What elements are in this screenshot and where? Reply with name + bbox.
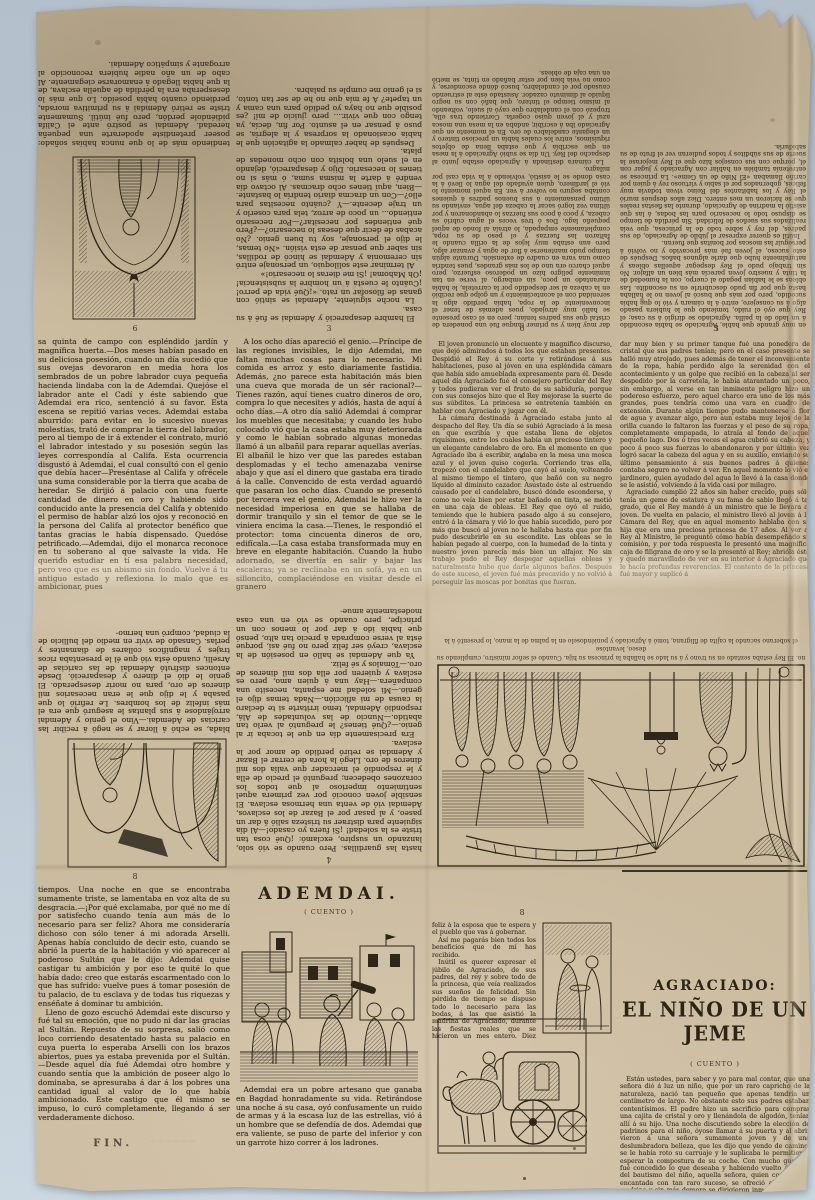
page-agraciado-7: dar muy bien y su primer tanque fué una … bbox=[432, 24, 610, 328]
text-ademdai-6: sa quinta de campo con espléndido jardín… bbox=[38, 338, 228, 592]
page-number: 6 bbox=[105, 324, 165, 333]
showthrough-title: ADEMDAI. bbox=[258, 280, 428, 298]
woodcut-genie-chamber bbox=[66, 737, 228, 869]
page-ademdai-5: blada, se echó á llorar y se negó á reci… bbox=[38, 590, 230, 870]
story-title-ademdai: ADEMDAI. bbox=[236, 884, 422, 904]
text-ademdai-3: A los ocho días apareció el genio.—Prínc… bbox=[236, 338, 422, 592]
page-ademdai-2: El hambre desapareció y Ademdai se fué á… bbox=[236, 32, 422, 322]
scanned-chapbook-sheet: { "sheet": { "page_numbers": { "b1": "6"… bbox=[0, 0, 815, 1200]
story-subtitle-agraciado: ( CUENTO ) bbox=[620, 1060, 810, 1068]
text-ademdai-7: tendiendo más de lo que nunca habías soñ… bbox=[38, 51, 230, 147]
page-agraciado-3: dar muy bien y su primer tanque fué una … bbox=[620, 341, 810, 613]
text-ademdai-8: tiempos. Una noche en que se encontraba … bbox=[38, 886, 230, 1123]
page-number: 3 bbox=[686, 323, 746, 333]
scanner-bed: tendiendo más de lo que nunca habías soñ… bbox=[0, 0, 815, 1200]
page-agraciado-1: AGRACIADO: EL NIÑO DE UN JEME ( CUENTO )… bbox=[620, 978, 810, 1198]
woodcut-palace-interior bbox=[69, 153, 199, 323]
printed-sheet: tendiendo más de lo que nunca habías soñ… bbox=[0, 0, 815, 1200]
page-number: 6 bbox=[492, 324, 552, 333]
page-number: 8 bbox=[105, 872, 165, 881]
page-number: 4 bbox=[236, 852, 422, 864]
page-ademdai-4: 4 hasta las guardillas. Pero cuando se v… bbox=[236, 602, 422, 864]
text-ademdai-4: hasta las guardillas. Pero cuando se vió… bbox=[236, 604, 422, 852]
page-agraciado-plate: no. El Rey estaba sentado en su trono y … bbox=[436, 636, 806, 868]
woodcut-royal-carriage bbox=[437, 1018, 587, 1154]
text-agraciado-3: dar muy bien y su primer tanque fué una … bbox=[620, 341, 810, 579]
page-number: 3 bbox=[299, 324, 359, 333]
story-subtitle-ademdai: ( CUENTO ) bbox=[236, 908, 422, 916]
page-ademdai-8: tiempos. Una noche en que se encontraba … bbox=[38, 886, 230, 1134]
fin-ornament: FIN. bbox=[78, 1138, 148, 1149]
page-ademdai-3: A los ocho días apareció el genio.—Prínc… bbox=[236, 338, 422, 622]
page-agraciado-2: en muy grande que hable, Agraciado se ha… bbox=[620, 26, 806, 328]
text-ademdai-1: Ademdai era un pobre artesano que ganaba… bbox=[236, 1086, 422, 1162]
text-agraciado-6: El joven pronunció un elocuente y magníf… bbox=[432, 341, 612, 586]
plate-caption: no. El Rey estaba sentado en su trono y … bbox=[436, 636, 806, 661]
ink-smudge: — — — — — — bbox=[150, 1138, 230, 1145]
page-agraciado-6: El joven pronunció un elocuente y magníf… bbox=[432, 341, 612, 617]
story-title-agraciado-top: AGRACIADO: bbox=[620, 978, 810, 994]
ink-speck bbox=[523, 1177, 526, 1180]
page-number: 8 bbox=[492, 908, 552, 917]
text-agraciado-7: dar muy bien y su primer tanque fué una … bbox=[432, 24, 610, 328]
text-ademdai-2: El hambre desapareció y Ademdai se fué á… bbox=[236, 32, 422, 322]
text-agraciado-2: en muy grande que hable, Agraciado se ha… bbox=[620, 26, 806, 328]
page-ademdai-7: tendiendo más de lo que nunca habías soñ… bbox=[38, 25, 230, 325]
story-title-agraciado-main: EL NIÑO DE UN JEME bbox=[620, 998, 810, 1046]
woodcut-bagdad-street bbox=[240, 924, 418, 1082]
section-rule bbox=[622, 870, 810, 872]
page-ademdai-6: sa quinta de campo con espléndido jardín… bbox=[38, 338, 228, 606]
woodcut-throne-room bbox=[436, 663, 806, 868]
page-ademdai-1: ADEMDAI. ( CUENTO ) bbox=[236, 884, 422, 1174]
text-ademdai-5: blada, se echó á llorar y se negó á reci… bbox=[38, 595, 230, 733]
